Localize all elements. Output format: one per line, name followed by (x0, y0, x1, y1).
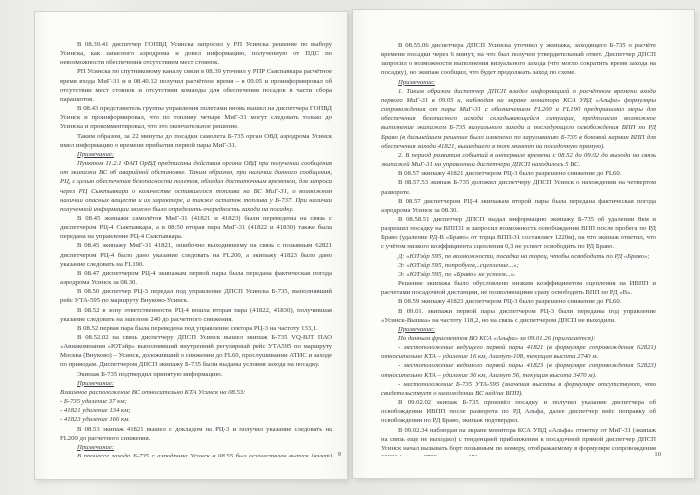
paragraph: Д: «ЮТэйр 595, по возможности, посадка н… (381, 252, 656, 261)
paragraph: - местоположение Б-735 УТА-595 (значения… (381, 380, 656, 398)
note-heading: Примечание: (60, 150, 332, 159)
page-number-left: 9 (338, 451, 341, 458)
paragraph: В 08.58.51 диспетчер ДПСП выдал информац… (381, 215, 656, 252)
paragraph: - 41823 удаление 166 км. (60, 415, 332, 424)
paragraph: В 08.52 первая пара была переведена под … (60, 324, 332, 333)
paragraph: В 09.01. экипажи первой пары диспетчером… (381, 307, 656, 325)
paragraph: - Б-735 удаление 37 км; (60, 397, 332, 406)
paragraph: Таким образом, за 22 минуты до посадки с… (60, 132, 332, 150)
paragraph: В 08.59 экипажу 41823 диспетчером РЦ-3 б… (381, 297, 656, 306)
note-heading: Примечание: (60, 443, 332, 452)
paragraph: Взаимное расположение ВС относительно КТ… (60, 388, 332, 397)
paragraph: В 08.57.53 экипаж Б-735 доложил диспетче… (381, 178, 656, 196)
page-right-text: В 08.55.06 диспетчера ДПСП Усинска уточн… (381, 41, 656, 456)
paragraph: В 08.53 экипаж 41821 вышел с докладом на… (60, 425, 332, 443)
document-page-left: В 08.39.41 диспетчер ГОПВД Усинска запро… (35, 12, 347, 479)
document-page-right: В 08.55.06 диспетчера ДПСП Усинска уточн… (353, 10, 694, 478)
paragraph: По данным фрагментов ВО КСА «Альфа» за 0… (381, 334, 656, 343)
paragraph: В 08.52.02 на связь диспетчеру ДПСП Усин… (60, 333, 332, 370)
paragraph: В 08.43 представитель группы управления … (60, 104, 332, 131)
note-heading: Примечание: (60, 379, 332, 388)
paragraph: 1. Таким образом диспетчер ДПСП владел и… (381, 87, 656, 151)
paragraph: 2. В период развития событий в интервале… (381, 151, 656, 169)
paragraph: В 08.55.06 диспетчера ДПСП Усинска уточн… (381, 41, 656, 78)
page-number-right: 10 (654, 451, 661, 458)
paragraph: - местоположение ведущего первой пары 41… (381, 343, 656, 361)
paragraph: - 41821 удаление 134 км; (60, 406, 332, 415)
paragraph: В 08.47 диспетчером РЦ-4 экипажам первой… (60, 269, 332, 287)
paragraph: Пунктом 11.2.1 ФАП ОрВД предписаны дейст… (60, 159, 332, 214)
note-heading: Примечание: (381, 325, 656, 334)
paragraph: РП Усинска по спутниковому каналу связи … (60, 67, 332, 104)
paragraph: В 08.57 экипажу 41821 диспетчером РЦ-3 б… (381, 169, 656, 178)
paragraph: Э: «ЮТэйр 595, попробуем,..сцепление...»… (381, 261, 656, 270)
paragraph: В 09.02.02 экипаж Б-735 произвёл посадку… (381, 398, 656, 425)
note-heading: Примечание: (381, 78, 656, 87)
paragraph: В 08.57 диспетчером РЦ-4 экипажам второй… (381, 197, 656, 215)
paragraph: В процессе захода Б-735 с аэродрома Усин… (60, 452, 332, 457)
paragraph: В 08.39.41 диспетчер ГОПВД Усинска запро… (60, 40, 332, 67)
paragraph: В 08.45 экипажи самолётов МиГ-31 (41821 … (60, 214, 332, 241)
paragraph: Экипаж Б-735 подтвердил принятую информа… (60, 370, 332, 379)
paragraph: Решение экипажа было обусловлено низким … (381, 279, 656, 297)
paragraph: В 08.52 в зону ответственности РЦ-4 вошл… (60, 306, 332, 324)
paragraph: Э: «ЮТэйр 595, по «Браво» не успеем...». (381, 270, 656, 279)
page-left-text: В 08.39.41 диспетчер ГОПВД Усинска запро… (60, 40, 332, 457)
paragraph: В 08.45 экипажу МиГ-31 41821, ошибочно в… (60, 241, 332, 268)
paragraph: В 09.02.34 наблюдая на экране монитора К… (381, 426, 656, 456)
paragraph: В 08.50 диспетчер РЦ-3 передал под управ… (60, 287, 332, 305)
paragraph: - местоположение ведомого первой пары 41… (381, 361, 656, 379)
